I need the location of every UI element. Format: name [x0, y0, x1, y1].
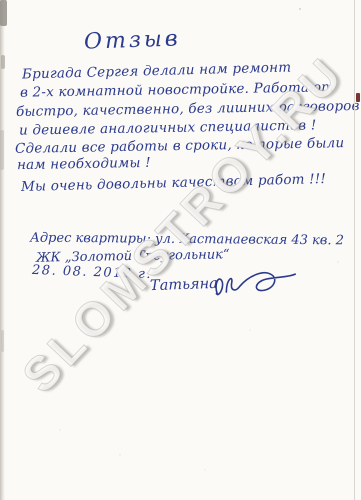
review-line: в 2-х комнатной новостройке. Работают [20, 79, 334, 100]
review-line: Мы очень довольны качеством работ !!! [21, 171, 326, 195]
scan-artifact [1, 55, 5, 69]
scan-artifact [0, 0, 7, 26]
date-line: 28. 08. 2012 г. [32, 263, 152, 282]
review-line: нам необходимы ! [17, 155, 151, 173]
scan-artifact [1, 330, 4, 352]
signature-flourish [209, 265, 301, 307]
address-line: Адрес квартиры: ул. Кастанаевская 43 кв.… [30, 231, 344, 249]
signature-name: Татьяна [150, 276, 218, 294]
signature-icon [209, 265, 301, 303]
review-line: Сделали все работы в сроки, которые были [15, 135, 345, 157]
scan-edge-red-mark [356, 93, 360, 102]
scan-edge-left [0, 0, 5, 500]
scan-edge-right [354, 0, 355, 500]
review-title: Отзыв [84, 26, 181, 54]
scan-artifact [0, 130, 4, 170]
review-line: Бригада Сергея делали нам ремонт [22, 59, 292, 82]
scanned-review-page: SLOMSTROY.RU Отзыв Бригада Сергея делали… [0, 0, 361, 500]
address-line: ЖК „Золотой Треугольник“ [36, 247, 230, 265]
